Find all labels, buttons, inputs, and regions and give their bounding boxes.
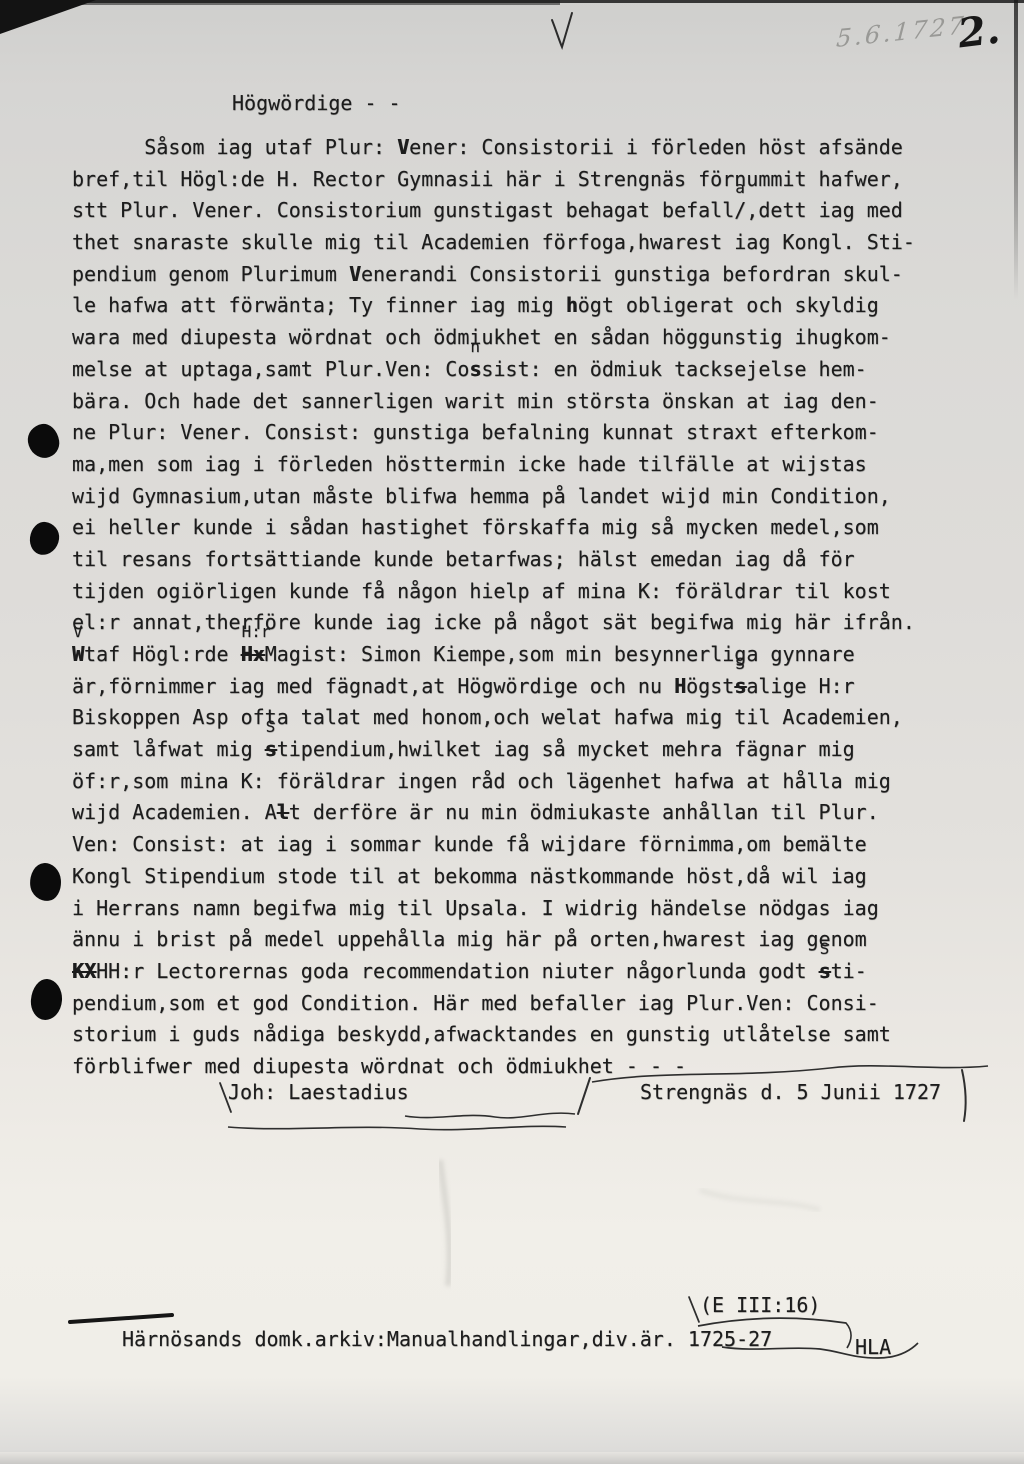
scan-top-edge-left: [0, 0, 560, 5]
text-run: är,förnimmer iag med fägnadt,at Högwördi…: [72, 674, 674, 698]
handwritten-number: 2.: [955, 6, 1002, 58]
signature-underline-stroke: [405, 1113, 575, 1118]
text-line: pendium genom Plurimum Venerandi Consist…: [72, 259, 915, 291]
scan-top-edge: [0, 0, 1024, 3]
overtyped-correction: sS: [734, 671, 746, 703]
text-run: ti-: [831, 959, 867, 983]
text-run: V: [349, 262, 361, 286]
handwritten-date: 5.6.1727: [835, 11, 966, 53]
text-line: thet snaraste skulle mig til Academien f…: [72, 227, 915, 259]
text-run: tipendium,hwilket iag så mycket mehra fä…: [277, 737, 855, 761]
superscript-correction: V: [73, 624, 83, 640]
text-line: ei heller kunde i sådan hastighet förska…: [72, 512, 915, 544]
overtyped-correction: HxH:r: [241, 639, 265, 671]
text-run: Biskoppen Asp ofta talat med honom,och w…: [72, 705, 903, 729]
footer-backslash-stroke: [689, 1297, 699, 1322]
signature-underline-stroke-lower: [228, 1126, 566, 1129]
text-line: är,förnimmer iag med fägnadt,at Högwördi…: [72, 671, 915, 703]
text-run: förblifwer med diupesta wördnat och ödmi…: [72, 1054, 686, 1078]
ghost-mark: [440, 1160, 450, 1286]
signature-slash-stroke: [578, 1078, 590, 1114]
text-run: pendium genom Plurimum: [72, 262, 349, 286]
text-run: ögt obligerat och skyldig: [578, 293, 879, 317]
text-run: öf:r,som mina K: föräldrar ingen råd och…: [72, 769, 891, 793]
text-line: storium i guds nådiga beskydd,afwacktand…: [72, 1019, 915, 1051]
ghost-mark: [472, 1182, 475, 1280]
scan-bottom-edge: [0, 1452, 1024, 1464]
text-line: tijden ogiörligen kunde få någon hielp a…: [72, 576, 915, 608]
text-run: stt Plur. Vener. Consistorium gunstigast…: [72, 198, 734, 222]
superscript-correction: S: [266, 719, 276, 735]
text-line: Kongl Stipendium stode til at bekomma nä…: [72, 861, 915, 893]
text-run: Magist: Simon Kiempe,som min besynnerlig…: [265, 642, 855, 666]
text-line: ne Plur: Vener. Consist: gunstiga befaln…: [72, 417, 915, 449]
text-line: WVtaf Högl:rde HxH:rMagist: Simon Kiempe…: [72, 639, 915, 671]
text-line: bref,til Högl:de H. Rector Gymnasii här …: [72, 164, 915, 196]
text-line: wara med diupesta wördnat och ödmiukhet …: [72, 322, 915, 354]
superscript-correction: S: [735, 656, 745, 672]
scan-right-edge: [1014, 0, 1018, 300]
text-line: ännu i brist på medel uppehålla mig här …: [72, 924, 915, 956]
text-run: dett iag med: [758, 198, 903, 222]
text-run: i Herrans namn begifwa mig til Upsala. I…: [72, 896, 879, 920]
footer-shelf-mark: (E III:16): [700, 1294, 820, 1316]
text-run: wijd Gymnasium,utan måste blifwa hemma p…: [72, 484, 891, 508]
text-line: samt låfwat mig sStipendium,hwilket iag …: [72, 734, 915, 766]
text-run: melse at uptaga,samt Plur.Ven: Co: [72, 357, 469, 381]
text-line: i Herrans namn begifwa mig til Upsala. I…: [72, 893, 915, 925]
text-line: wijd Gymnasium,utan måste blifwa hemma p…: [72, 481, 915, 513]
overtyped-correction: sn: [469, 354, 481, 386]
text-line: Biskoppen Asp ofta talat med honom,och w…: [72, 702, 915, 734]
text-run: alige H:r: [746, 674, 854, 698]
text-run: ei heller kunde i sådan hastighet förska…: [72, 515, 879, 539]
text-run: Ven: Consist: at iag i sommar kunde få w…: [72, 832, 867, 856]
overtyped-correction: sS: [265, 734, 277, 766]
text-run: pendium,som et god Condition. Här med be…: [72, 991, 879, 1015]
text-line: Ven: Consist: at iag i sommar kunde få w…: [72, 829, 915, 861]
text-run: enerandi Consistorii gunstiga befordran …: [361, 262, 903, 286]
text-run: ännu i brist på medel uppehålla mig här …: [72, 927, 867, 951]
text-run: sist: en ödmiuk tacksejelse hem-: [481, 357, 866, 381]
text-line: pendium,som et god Condition. Här med be…: [72, 988, 915, 1020]
superscript-correction: H:r: [242, 624, 271, 640]
ink-blob: [28, 520, 61, 556]
checkmark-icon: [552, 13, 572, 47]
text-line: melse at uptaga,samt Plur.Ven: Cosnsist:…: [72, 354, 915, 386]
scan-corner-wedge: [0, 0, 96, 34]
text-run: V: [397, 135, 409, 159]
text-line: Såsom iag utaf Plur: Vener: Consistorii …: [72, 132, 915, 164]
text-run: h: [566, 293, 578, 317]
text-run: Såsom iag utaf Plur:: [72, 135, 397, 159]
ink-blob: [28, 862, 62, 903]
text-run: til resans fortsättiande kunde betarfwas…: [72, 547, 855, 571]
text-run: ma,men som iag i förleden hösttermin ick…: [72, 452, 867, 476]
text-line: bära. Och hade det sannerligen warit min…: [72, 386, 915, 418]
document-body: Såsom iag utaf Plur: Vener: Consistorii …: [72, 132, 915, 1083]
overtyped-correction: WV: [72, 639, 84, 671]
text-line: wijd Academien. Alt derföre är nu min öd…: [72, 797, 915, 829]
text-run: storium i guds nådiga beskydd,afwacktand…: [72, 1022, 891, 1046]
superscript-correction: n: [470, 339, 480, 355]
text-run: ener: Consistorii i förleden höst afsänd…: [409, 135, 903, 159]
text-run: thet snaraste skulle mig til Academien f…: [72, 230, 915, 254]
text-line: KXHH:r Lectorernas goda recommendation n…: [72, 956, 915, 988]
text-run: ne Plur: Vener. Consist: gunstiga befaln…: [72, 420, 879, 444]
signature-name: Joh: Laestadius: [228, 1077, 409, 1109]
text-run: KX: [72, 959, 96, 983]
text-run: l: [277, 800, 289, 824]
footer-repository: HLA: [855, 1336, 891, 1358]
text-run: bära. Och hade det sannerligen warit min…: [72, 389, 879, 413]
text-run: t derföre är nu min ödmiukaste anhållan …: [289, 800, 879, 824]
text-line: til resans fortsättiande kunde betarfwas…: [72, 544, 915, 576]
text-run: taf Högl:rde: [84, 642, 241, 666]
superscript-correction: a: [735, 180, 745, 196]
ink-blob: [30, 978, 64, 1021]
text-run: bref,til Högl:de H. Rector Gymnasii här …: [72, 167, 903, 191]
ghost-mark: [700, 1190, 820, 1210]
superscript-correction: S: [820, 941, 830, 957]
ink-blob: [26, 422, 62, 460]
scanned-document-page: 5.6.1727 2. Högwördige - - Såsom iag uta…: [0, 0, 1024, 1464]
footer-archive-line: Härnösands domk.arkiv:Manualhandlingar,d…: [122, 1327, 772, 1351]
text-run: HH:r Lectorernas goda recommendation niu…: [96, 959, 818, 983]
text-run: le hafwa att förwänta; Ty finner iag mig: [72, 293, 566, 317]
text-run: wijd Academien. A: [72, 800, 277, 824]
salutation: Högwördige - -: [232, 88, 401, 120]
overtyped-correction: /,a: [734, 195, 758, 227]
text-run: el:r annat,therföre kunde iag icke på nå…: [72, 610, 915, 634]
text-line: öf:r,som mina K: föräldrar ingen råd och…: [72, 766, 915, 798]
text-run: samt låfwat mig: [72, 737, 265, 761]
text-run: tijden ogiörligen kunde få någon hielp a…: [72, 579, 891, 603]
footer-rule: [70, 1315, 172, 1322]
overtyped-correction: sS: [819, 956, 831, 988]
text-run: H: [674, 674, 686, 698]
text-run: wara med diupesta wördnat och ödmiukhet …: [72, 325, 891, 349]
text-run: ögst: [686, 674, 734, 698]
signature-place-date: Strengnäs d. 5 Junii 1727: [640, 1077, 941, 1109]
text-line: ma,men som iag i förleden hösttermin ick…: [72, 449, 915, 481]
text-line: el:r annat,therföre kunde iag icke på nå…: [72, 607, 915, 639]
text-line: stt Plur. Vener. Consistorium gunstigast…: [72, 195, 915, 227]
text-run: Kongl Stipendium stode til at bekomma nä…: [72, 864, 867, 888]
date-endbar-stroke: [962, 1070, 966, 1121]
text-line: le hafwa att förwänta; Ty finner iag mig…: [72, 290, 915, 322]
